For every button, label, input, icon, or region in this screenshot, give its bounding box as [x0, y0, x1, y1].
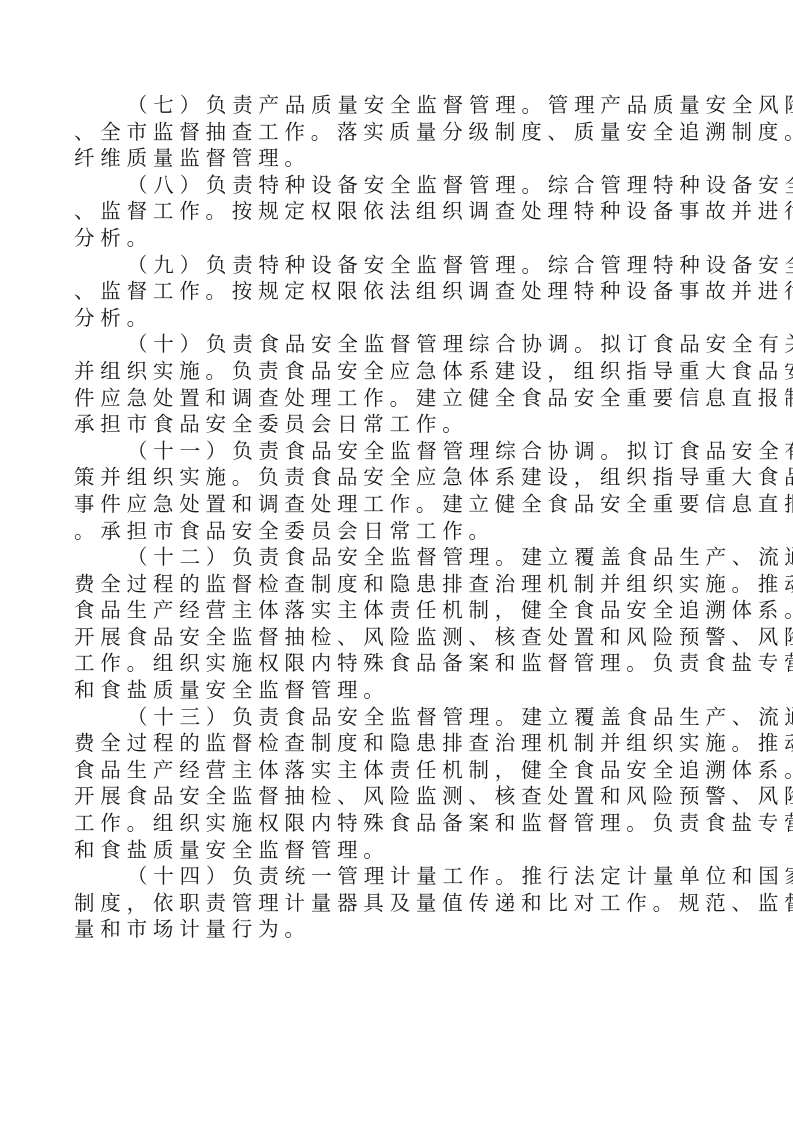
paragraph-line: 、全市监督抽查工作。落实质量分级制度、质量安全追溯制度。负责 — [74, 119, 714, 146]
paragraph-line: 、监督工作。按规定权限依法组织调查处理特种设备事故并进行统计 — [74, 278, 714, 305]
paragraph-line: 分析。 — [74, 305, 714, 332]
paragraph-line: 并组织实施。负责食品安全应急体系建设，组织指导重大食品安全事 — [74, 358, 714, 385]
paragraph-line: 和食盐质量安全监督管理。 — [74, 837, 714, 864]
paragraph-line: 费全过程的监督检查制度和隐患排查治理机制并组织实施。推动建立 — [74, 730, 714, 757]
paragraph-line: （十四）负责统一管理计量工作。推行法定计量单位和国家计量 — [74, 863, 714, 890]
paragraph-line: 开展食品安全监督抽检、风险监测、核查处置和风险预警、风险交流 — [74, 783, 714, 810]
paragraph-line: 食品生产经营主体落实主体责任机制，健全食品安全追溯体系。组织 — [74, 597, 714, 624]
paragraph-line: 工作。组织实施权限内特殊食品备案和监督管理。负责食盐专营管理 — [74, 650, 714, 677]
paragraph-item-8: （八）负责特种设备安全监督管理。综合管理特种设备安全监察 、监督工作。按规定权限… — [74, 172, 714, 252]
paragraph-line: 纤维质量监督管理。 — [74, 145, 714, 172]
paragraph-line: 工作。组织实施权限内特殊食品备案和监督管理。负责食盐专营管理 — [74, 810, 714, 837]
paragraph-item-12: （十二）负责食品安全监督管理。建立覆盖食品生产、流通、消 费全过程的监督检查制度… — [74, 544, 714, 704]
paragraph-line: 、监督工作。按规定权限依法组织调查处理特种设备事故并进行统计 — [74, 198, 714, 225]
paragraph-line: （十一）负责食品安全监督管理综合协调。拟订食品安全有关政 — [74, 438, 714, 465]
paragraph-line: 开展食品安全监督抽检、风险监测、核查处置和风险预警、风险交流 — [74, 624, 714, 651]
paragraph-line: （十二）负责食品安全监督管理。建立覆盖食品生产、流通、消 — [74, 544, 714, 571]
paragraph-line: （九）负责特种设备安全监督管理。综合管理特种设备安全监察 — [74, 252, 714, 279]
paragraph-line: 策并组织实施。负责食品安全应急体系建设，组织指导重大食品安全 — [74, 464, 714, 491]
paragraph-line: （十）负责食品安全监督管理综合协调。拟订食品安全有关政策 — [74, 331, 714, 358]
paragraph-line: 承担市食品安全委员会日常工作。 — [74, 411, 714, 438]
paragraph-item-14: （十四）负责统一管理计量工作。推行法定计量单位和国家计量 制度，依职责管理计量器… — [74, 863, 714, 943]
paragraph-line: 和食盐质量安全监督管理。 — [74, 677, 714, 704]
document-page: （七）负责产品质量安全监督管理。管理产品质量安全风险监控 、全市监督抽查工作。落… — [74, 92, 714, 943]
paragraph-line: 食品生产经营主体落实主体责任机制，健全食品安全追溯体系。组织 — [74, 757, 714, 784]
paragraph-line: 费全过程的监督检查制度和隐患排查治理机制并组织实施。推动建立 — [74, 571, 714, 598]
paragraph-line: 制度，依职责管理计量器具及量值传递和比对工作。规范、监督商品 — [74, 890, 714, 917]
paragraph-line: （八）负责特种设备安全监督管理。综合管理特种设备安全监察 — [74, 172, 714, 199]
paragraph-line: 量和市场计量行为。 — [74, 916, 714, 943]
paragraph-item-9: （九）负责特种设备安全监督管理。综合管理特种设备安全监察 、监督工作。按规定权限… — [74, 252, 714, 332]
paragraph-item-11: （十一）负责食品安全监督管理综合协调。拟订食品安全有关政 策并组织实施。负责食品… — [74, 438, 714, 544]
paragraph-line: （七）负责产品质量安全监督管理。管理产品质量安全风险监控 — [74, 92, 714, 119]
paragraph-line: 分析。 — [74, 225, 714, 252]
paragraph-line: （十三）负责食品安全监督管理。建立覆盖食品生产、流通、消 — [74, 704, 714, 731]
paragraph-line: 。承担市食品安全委员会日常工作。 — [74, 518, 714, 545]
paragraph-item-10: （十）负责食品安全监督管理综合协调。拟订食品安全有关政策 并组织实施。负责食品安… — [74, 331, 714, 437]
paragraph-line: 事件应急处置和调查处理工作。建立健全食品安全重要信息直报制度 — [74, 491, 714, 518]
paragraph-line: 件应急处置和调查处理工作。建立健全食品安全重要信息直报制度。 — [74, 385, 714, 412]
paragraph-item-7: （七）负责产品质量安全监督管理。管理产品质量安全风险监控 、全市监督抽查工作。落… — [74, 92, 714, 172]
paragraph-item-13: （十三）负责食品安全监督管理。建立覆盖食品生产、流通、消 费全过程的监督检查制度… — [74, 704, 714, 864]
